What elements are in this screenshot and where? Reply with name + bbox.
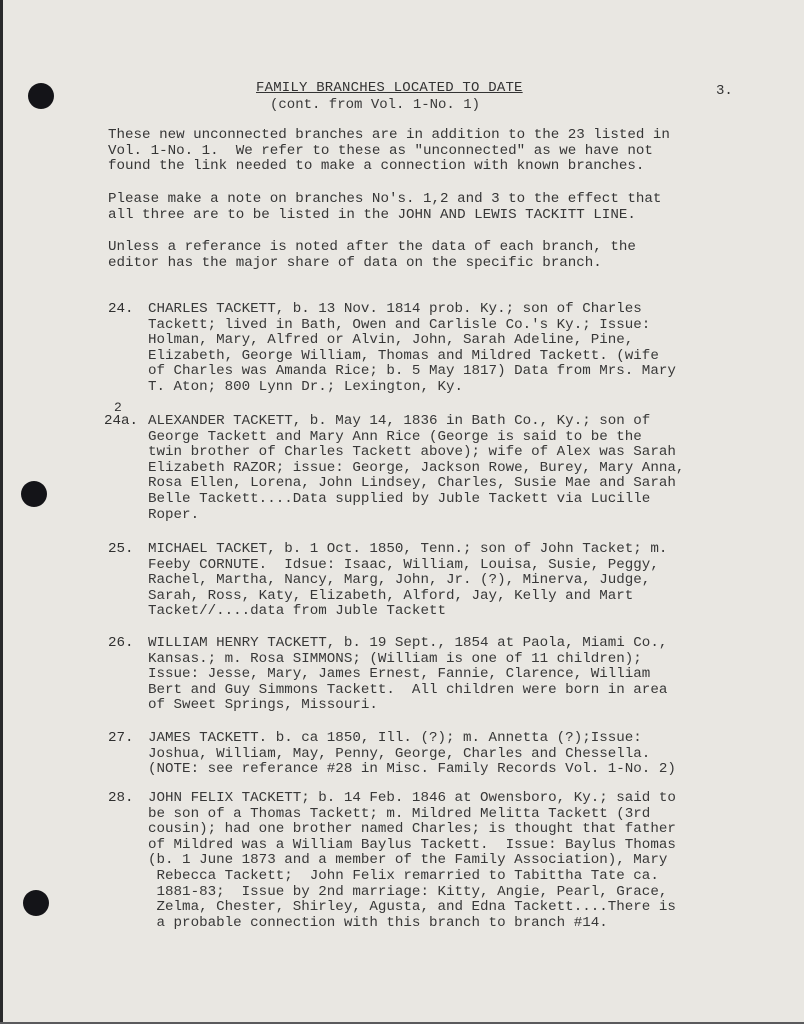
page-number: 3.	[716, 83, 733, 99]
document-title: FAMILY BRANCHES LOCATED TO DATE	[256, 80, 523, 96]
entry-text: WILLIAM HENRY TACKETT, b. 19 Sept., 1854…	[148, 636, 667, 714]
punch-hole-middle	[21, 481, 47, 507]
entry-number: 27.	[108, 731, 134, 747]
entry-text: JOHN FELIX TACKETT; b. 14 Feb. 1846 at O…	[148, 791, 676, 931]
intro-paragraph-3: Unless a referance is noted after the da…	[108, 240, 748, 271]
entry-text: JAMES TACKETT. b. ca 1850, Ill. (?); m. …	[148, 731, 676, 778]
document-page: FAMILY BRANCHES LOCATED TO DATE (cont. f…	[0, 0, 804, 1024]
entry-number: 26.	[108, 636, 134, 652]
intro-paragraph-1: These new unconnected branches are in ad…	[108, 128, 748, 175]
entry-number: 25.	[108, 542, 134, 558]
scan-edge-left	[0, 0, 3, 1024]
intro-paragraph-2: Please make a note on branches No's. 1,2…	[108, 192, 748, 223]
entry-text: CHARLES TACKETT, b. 13 Nov. 1814 prob. K…	[148, 302, 676, 396]
punch-hole-top	[28, 83, 54, 109]
entry-number: 24a.	[104, 414, 138, 430]
entry-text: ALEXANDER TACKETT, b. May 14, 1836 in Ba…	[148, 414, 684, 523]
punch-hole-bottom	[23, 890, 49, 916]
entry-number: 24.	[108, 302, 134, 318]
document-subtitle: (cont. from Vol. 1-No. 1)	[270, 97, 480, 113]
entry-text: MICHAEL TACKET, b. 1 Oct. 1850, Tenn.; s…	[148, 542, 667, 620]
entry-number: 28.	[108, 791, 134, 807]
